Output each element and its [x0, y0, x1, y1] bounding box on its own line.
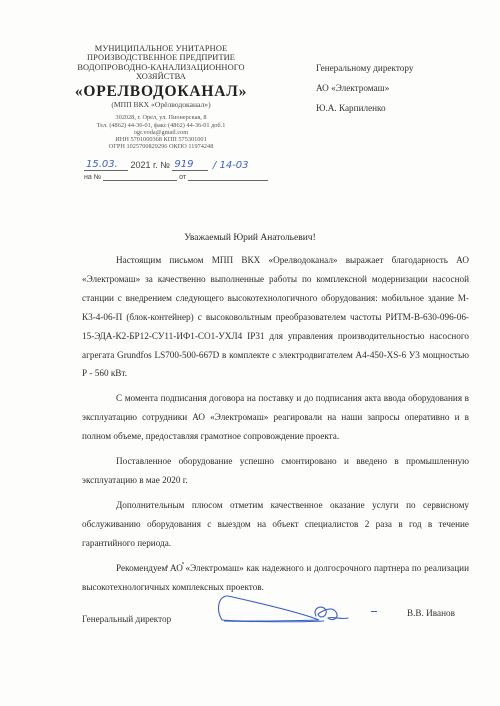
org-short-name: (МПП ВКХ «Орёлводоканал»): [66, 101, 256, 110]
salutation: Уважаемый Юрий Анатольевич!: [0, 233, 500, 243]
number-handwritten: 919: [174, 159, 193, 170]
from-label: от: [179, 174, 186, 181]
registration-line: 15.03. 2021 г. № 919 / 14-03: [84, 160, 284, 171]
ref-date-field: [188, 172, 268, 181]
org-phone: Тел. (4862) 44-36-01, факс (4862) 44-36-…: [66, 122, 256, 129]
scan-speck: [166, 565, 168, 568]
handwritten-signature: [214, 590, 364, 626]
date-handwritten: 15.03.: [86, 159, 118, 170]
addressee-company: АО «Электромаш»: [316, 78, 413, 98]
paragraph-gratitude: Настоящим письмом МПП ВКХ «Орелводоканал…: [82, 251, 469, 383]
addressee-block: Генеральному директору АО «Электромаш» Ю…: [316, 58, 413, 118]
signature-dash-mark: [371, 611, 377, 612]
org-line-3: ВОДОПРОВОДНО-КАНАЛИЗАЦИОННОГО: [66, 63, 256, 72]
letter-page: МУНИЦИПАЛЬНОЕ УНИТАРНОЕ ПРОИЗВОДСТВЕННОЕ…: [0, 0, 500, 706]
letterhead: МУНИЦИПАЛЬНОЕ УНИТАРНОЕ ПРОИЗВОДСТВЕННОЕ…: [66, 44, 256, 151]
year-number-label: 2021 г. №: [131, 160, 170, 170]
org-line-4: ХОЗЯЙСТВА: [66, 72, 256, 81]
org-line-1: МУНИЦИПАЛЬНОЕ УНИТАРНОЕ: [66, 44, 256, 53]
org-line-2: ПРОИЗВОДСТВЕННОЕ ПРЕДПРИТИЕ: [66, 53, 256, 62]
number-field: 919: [172, 160, 208, 171]
paragraph-support: С момента подписания договора на поставк…: [82, 389, 469, 446]
org-address: 302028, г. Орел, ул. Пионерская, 8: [66, 114, 256, 121]
signatory-title: Генеральный директор: [82, 614, 171, 624]
addressee-name: Ю.А. Карпиленко: [316, 98, 413, 118]
scan-speck: [182, 562, 184, 564]
paragraph-commissioning: Поставленное оборудование успешно смонти…: [82, 452, 469, 490]
org-email: ogr.voda@gmail.com: [66, 129, 256, 136]
letter-body: Настоящим письмом МПП ВКХ «Орелводоканал…: [82, 251, 469, 602]
org-brand-name: «ОРЕЛВОДОКАНАЛ»: [66, 83, 256, 100]
number-suffix-handwritten: / 14-03: [213, 160, 249, 171]
ref-label: на №: [84, 174, 101, 181]
org-inn-kpp: ИНН 5701000368 КПП 575301001: [66, 136, 256, 143]
addressee-position: Генеральному директору: [316, 58, 413, 78]
reference-line: на № от: [84, 172, 284, 181]
signatory-name: В.В. Иванов: [407, 608, 455, 618]
date-field: 15.03.: [84, 160, 128, 171]
paragraph-service: Дополнительным плюсом отметим качественн…: [82, 496, 469, 553]
org-ogrn-okpo: ОГРН 1025700829296 ОКПО 11974248: [66, 143, 256, 150]
ref-number-field: [103, 172, 177, 181]
